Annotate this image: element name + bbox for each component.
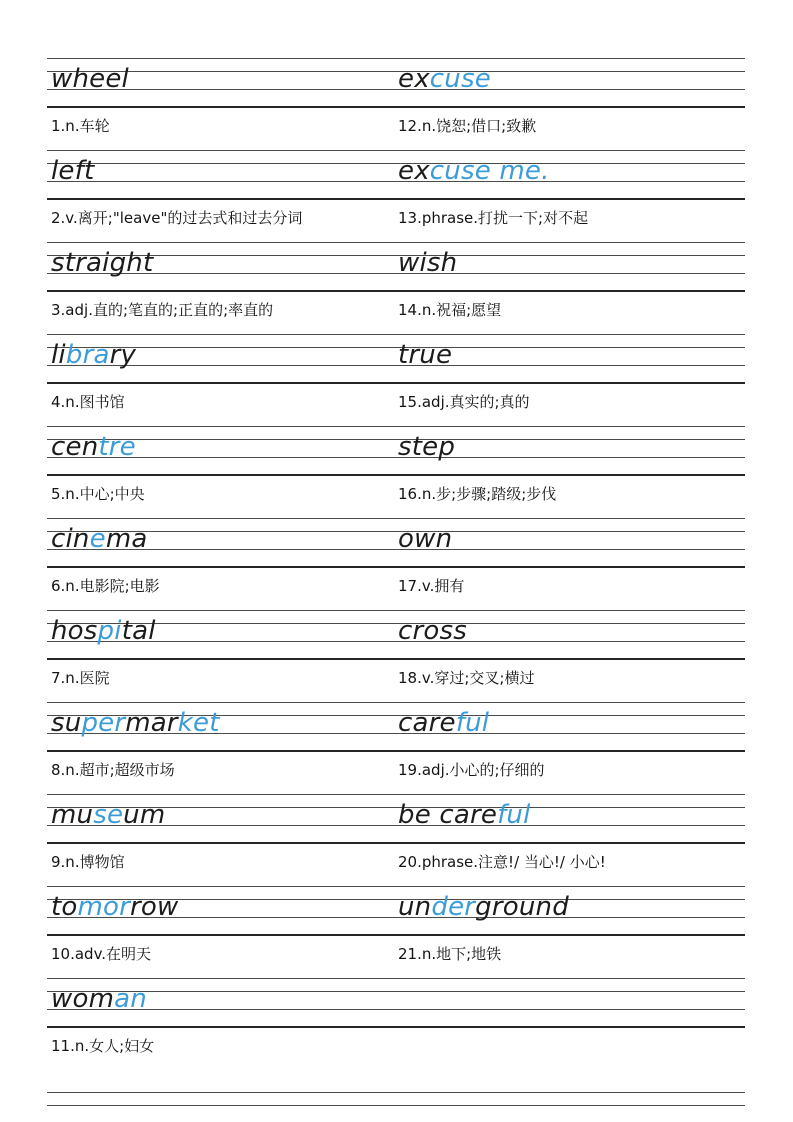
definition-right: 15.adj.真实的;真的 xyxy=(398,393,530,411)
word-right: true xyxy=(398,340,452,371)
definition-right: 13.phrase.打扰一下;对不起 xyxy=(398,209,588,227)
word-part: to xyxy=(51,892,78,922)
word-part: mu xyxy=(51,800,93,830)
word-part: e xyxy=(90,524,106,554)
definition-right: 14.n.祝福;愿望 xyxy=(398,301,501,319)
ruled-line-3 xyxy=(47,1009,745,1010)
ruled-line-4 xyxy=(47,658,745,660)
definition-right: 16.n.步;步骤;踏级;步伐 xyxy=(398,485,556,503)
ruled-line-4 xyxy=(47,106,745,108)
vocab-row: wheel excuse 1.n.车轮 12.n.饶恕;借口;致歉 xyxy=(47,58,745,150)
word-part: true xyxy=(398,340,452,370)
word-part: cuse me. xyxy=(430,156,550,186)
word-right: excuse xyxy=(398,64,491,95)
worksheet-page: wheel excuse 1.n.车轮 12.n.饶恕;借口;致歉 left e… xyxy=(0,0,793,1122)
ruled-line-3 xyxy=(47,89,745,90)
word-part: tal xyxy=(122,616,156,646)
word-part: be care xyxy=(398,800,497,830)
word-left: wheel xyxy=(51,64,129,95)
word-part: mor xyxy=(78,892,131,922)
word-part: su xyxy=(51,708,81,738)
word-part: hos xyxy=(51,616,98,646)
definition-right: 19.adj.小心的;仔细的 xyxy=(398,761,545,779)
word-part: ground xyxy=(475,892,569,922)
ruled-line-2 xyxy=(47,163,745,164)
word-part: un xyxy=(398,892,431,922)
word-part: step xyxy=(398,432,455,462)
vocab-list: wheel excuse 1.n.车轮 12.n.饶恕;借口;致歉 left e… xyxy=(47,58,745,1070)
definition-right: 12.n.饶恕;借口;致歉 xyxy=(398,117,536,135)
word-left: straight xyxy=(51,248,153,279)
vocab-row: supermarket careful 8.n.超市;超级市场 19.adj.小… xyxy=(47,702,745,794)
word-part: der xyxy=(431,892,475,922)
definition-right: 21.n.地下;地铁 xyxy=(398,945,501,963)
ruled-line-4 xyxy=(47,934,745,936)
word-part: ful xyxy=(497,800,530,830)
word-left: library xyxy=(51,340,136,371)
word-right: step xyxy=(398,432,455,463)
word-part: left xyxy=(51,156,94,186)
ruled-line-1 xyxy=(47,518,745,519)
word-right: be careful xyxy=(398,800,531,831)
definition-left: 2.v.离开;"leave"的过去式和过去分词 xyxy=(51,209,302,227)
vocab-row: hospital cross 7.n.医院 18.v.穿过;交叉;横过 xyxy=(47,610,745,702)
word-part: se xyxy=(93,800,123,830)
word-left: woman xyxy=(51,984,147,1015)
ruled-line-4 xyxy=(47,198,745,200)
ruled-line-1 xyxy=(47,150,745,151)
word-left: left xyxy=(51,156,94,187)
next-row-ruled-line-1 xyxy=(47,1092,745,1093)
word-part: ma xyxy=(106,524,148,554)
word-part: cen xyxy=(51,432,98,462)
ruled-line-4 xyxy=(47,474,745,476)
word-right: own xyxy=(398,524,452,555)
ruled-line-2 xyxy=(47,991,745,992)
definition-right: 20.phrase.注意!/ 当心!/ 小心! xyxy=(398,853,606,871)
word-part: tre xyxy=(98,432,135,462)
ruled-line-3 xyxy=(47,181,745,182)
vocab-row: cinema own 6.n.电影院;电影 17.v.拥有 xyxy=(47,518,745,610)
definition-left: 4.n.图书馆 xyxy=(51,393,125,411)
ruled-line-4 xyxy=(47,290,745,292)
word-left: centre xyxy=(51,432,136,463)
word-left: tomorrow xyxy=(51,892,179,923)
ruled-line-3 xyxy=(47,549,745,550)
word-part: wheel xyxy=(51,64,129,94)
word-part: ry xyxy=(110,340,136,370)
word-part: ket xyxy=(178,708,220,738)
word-part: um xyxy=(123,800,165,830)
word-part: bra xyxy=(66,340,110,370)
word-part: cin xyxy=(51,524,90,554)
vocab-row: left excuse me. 2.v.离开;"leave"的过去式和过去分词 … xyxy=(47,150,745,242)
word-left: hospital xyxy=(51,616,156,647)
word-part: cuse xyxy=(430,64,491,94)
word-part: ex xyxy=(398,156,430,186)
word-part: wish xyxy=(398,248,457,278)
word-right: careful xyxy=(398,708,489,739)
word-part: own xyxy=(398,524,452,554)
word-part: mar xyxy=(125,708,178,738)
ruled-line-1 xyxy=(47,978,745,979)
ruled-line-4 xyxy=(47,842,745,844)
word-right: excuse me. xyxy=(398,156,550,187)
ruled-line-2 xyxy=(47,531,745,532)
ruled-line-1 xyxy=(47,334,745,335)
vocab-row: library true 4.n.图书馆 15.adj.真实的;真的 xyxy=(47,334,745,426)
word-right: cross xyxy=(398,616,467,647)
word-part: ex xyxy=(398,64,430,94)
ruled-line-1 xyxy=(47,794,745,795)
word-part: row xyxy=(130,892,178,922)
ruled-line-4 xyxy=(47,566,745,568)
definition-left: 9.n.博物馆 xyxy=(51,853,125,871)
definition-left: 10.adv.在明天 xyxy=(51,945,151,963)
word-part: pi xyxy=(98,616,122,646)
vocab-row: tomorrow underground 10.adv.在明天 21.n.地下;… xyxy=(47,886,745,978)
word-left: museum xyxy=(51,800,165,831)
definition-left: 3.adj.直的;笔直的;正直的;率直的 xyxy=(51,301,273,319)
definition-left: 8.n.超市;超级市场 xyxy=(51,761,175,779)
word-part: an xyxy=(114,984,147,1014)
ruled-line-2 xyxy=(47,71,745,72)
next-row-ruled-line-2 xyxy=(47,1105,745,1106)
ruled-line-1 xyxy=(47,426,745,427)
word-right: wish xyxy=(398,248,457,279)
ruled-line-1 xyxy=(47,242,745,243)
ruled-line-4 xyxy=(47,382,745,384)
ruled-line-4 xyxy=(47,1026,745,1028)
definition-left: 11.n.女人;妇女 xyxy=(51,1037,154,1055)
definition-left: 5.n.中心;中央 xyxy=(51,485,145,503)
word-part: ful xyxy=(456,708,489,738)
ruled-line-4 xyxy=(47,750,745,752)
word-part: li xyxy=(51,340,66,370)
ruled-line-2 xyxy=(47,439,745,440)
ruled-line-1 xyxy=(47,886,745,887)
word-left: supermarket xyxy=(51,708,220,739)
word-part: cross xyxy=(398,616,467,646)
ruled-line-3 xyxy=(47,365,745,366)
word-part: wom xyxy=(51,984,114,1014)
word-part: care xyxy=(398,708,456,738)
word-right: underground xyxy=(398,892,569,923)
vocab-row: straight wish 3.adj.直的;笔直的;正直的;率直的 14.n.… xyxy=(47,242,745,334)
definition-left: 7.n.医院 xyxy=(51,669,110,687)
ruled-line-1 xyxy=(47,58,745,59)
ruled-line-2 xyxy=(47,347,745,348)
definition-left: 6.n.电影院;电影 xyxy=(51,577,160,595)
definition-right: 18.v.穿过;交叉;横过 xyxy=(398,669,534,687)
ruled-line-3 xyxy=(47,457,745,458)
word-part: per xyxy=(81,708,125,738)
vocab-row: centre step 5.n.中心;中央 16.n.步;步骤;踏级;步伐 xyxy=(47,426,745,518)
vocab-row: museum be careful 9.n.博物馆 20.phrase.注意!/… xyxy=(47,794,745,886)
definition-left: 1.n.车轮 xyxy=(51,117,110,135)
word-left: cinema xyxy=(51,524,147,555)
definition-right: 17.v.拥有 xyxy=(398,577,464,595)
ruled-line-1 xyxy=(47,610,745,611)
ruled-line-1 xyxy=(47,702,745,703)
vocab-row: woman 11.n.女人;妇女 xyxy=(47,978,745,1070)
word-part: straight xyxy=(51,248,153,278)
